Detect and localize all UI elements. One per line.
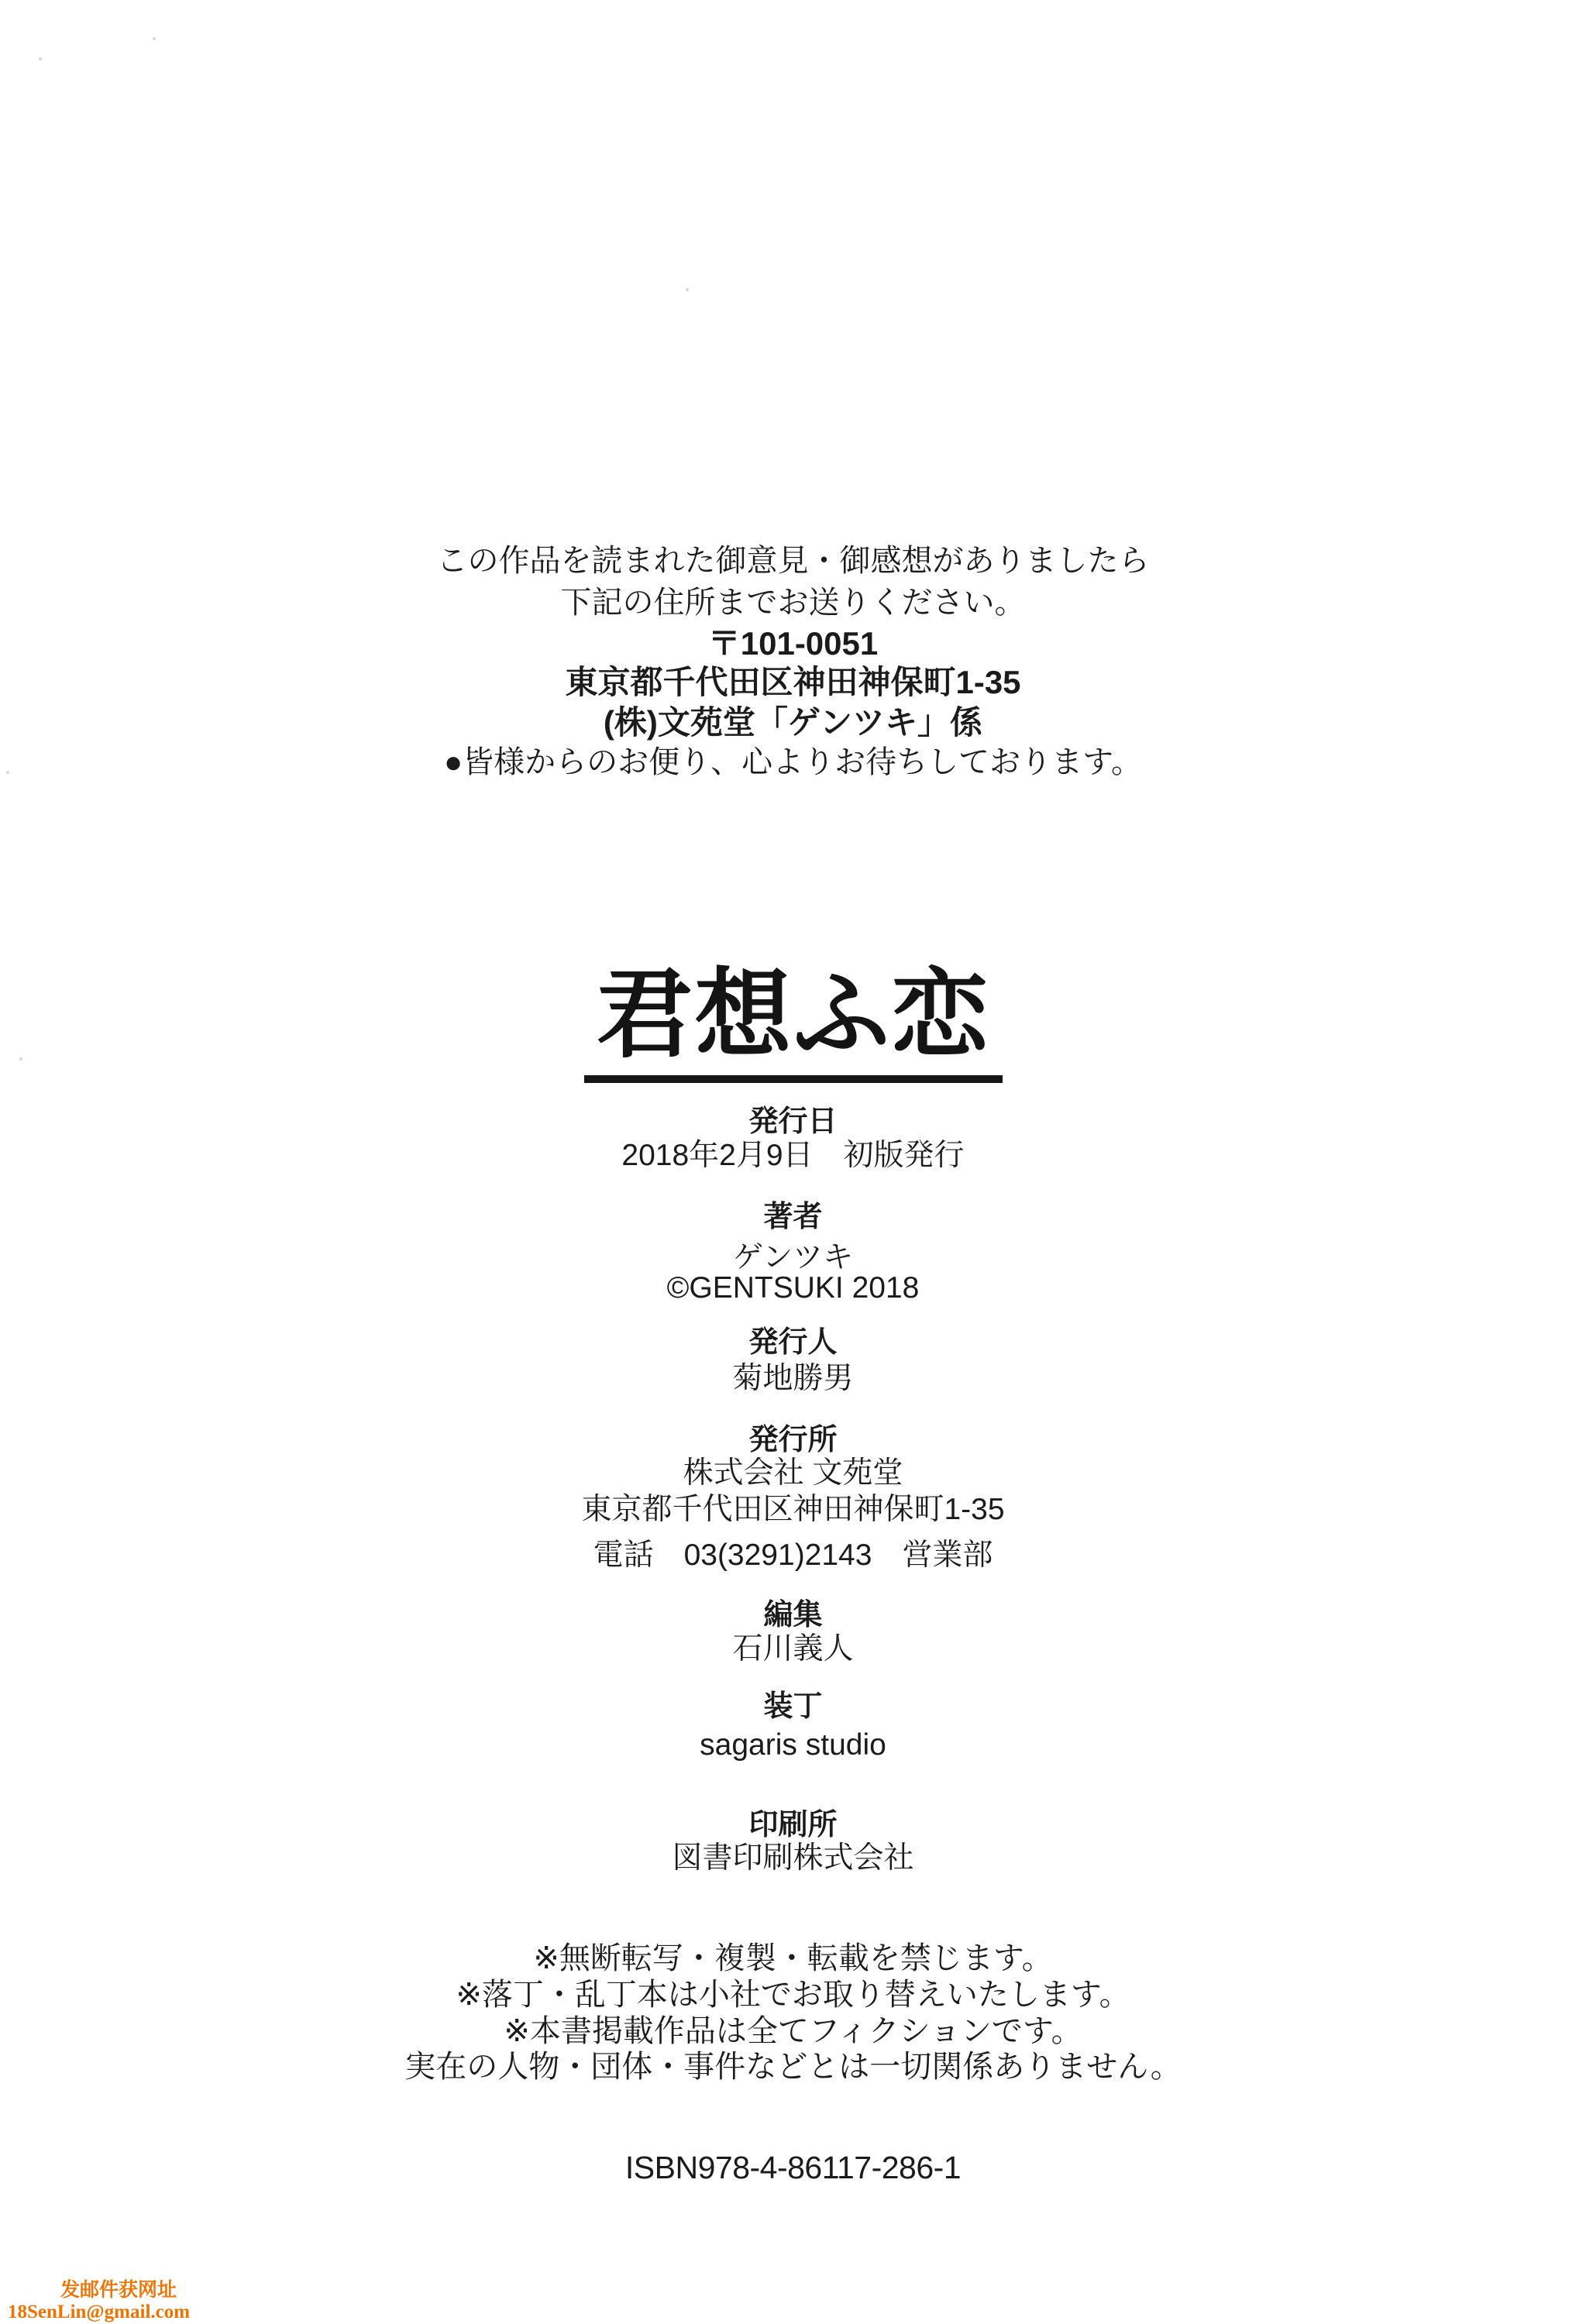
notice-line-4: 実在の人物・団体・事件などとは一切関係ありません。 xyxy=(0,2050,1586,2084)
publish-date-label: 発行日 xyxy=(0,1106,1586,1139)
printer-label: 印刷所 xyxy=(0,1810,1586,1842)
notice-line-1: ※無断転写・複製・転載を禁じます。 xyxy=(0,1941,1586,1975)
postal-code: 〒101-0051 xyxy=(0,626,1586,662)
editor-label: 編集 xyxy=(0,1600,1586,1632)
watermark-text: 发邮件获网址 xyxy=(8,2281,177,2300)
colophon-page: この作品を読まれた御意見・御感想がありましたら 下記の住所までお送りください。 … xyxy=(0,0,1586,2324)
printer-name: 図書印刷株式会社 xyxy=(0,1842,1586,1875)
publisher-phone: 電話 03(3291)2143 営業部 xyxy=(0,1539,1586,1573)
author-name: ゲンツキ xyxy=(0,1242,1586,1275)
scan-speck xyxy=(153,37,156,40)
issuer-name: 菊地勝男 xyxy=(0,1363,1586,1396)
publisher-label: 発行所 xyxy=(0,1425,1586,1457)
isbn: ISBN978-4-86117-286-1 xyxy=(0,2150,1586,2185)
notice-line-2: ※落丁・乱丁本は小社でお取り替えいたします。 xyxy=(0,1978,1586,2012)
author-label: 著者 xyxy=(0,1202,1586,1234)
feedback-line-2: 下記の住所までお送りください。 xyxy=(0,586,1586,620)
feedback-closing: ●皆様からのお便り、心よりお待ちしております。 xyxy=(0,745,1586,779)
feedback-line-1: この作品を読まれた御意見・御感想がありましたら xyxy=(0,544,1586,578)
copyright: ©GENTSUKI 2018 xyxy=(0,1272,1586,1305)
design-name: sagaris studio xyxy=(0,1729,1586,1762)
book-title: 君想ふ恋 xyxy=(0,968,1586,1065)
issuer-label: 発行人 xyxy=(0,1327,1586,1360)
publish-date: 2018年2月9日 初版発行 xyxy=(0,1140,1586,1173)
editor-name: 石川義人 xyxy=(0,1633,1586,1666)
mailing-recipient: (株)文苑堂「ゲンツキ」係 xyxy=(0,705,1586,741)
design-label: 装丁 xyxy=(0,1691,1586,1724)
publisher-name: 株式会社 文苑堂 xyxy=(0,1457,1586,1490)
scan-speck xyxy=(686,288,689,291)
mailing-address: 東京都千代田区神田神保町1-35 xyxy=(0,665,1586,700)
publisher-address: 東京都千代田区神田神保町1-35 xyxy=(0,1494,1586,1527)
title-underline xyxy=(584,1075,1003,1083)
notice-line-3: ※本書掲載作品は全てフィクションです。 xyxy=(0,2014,1586,2048)
scan-speck xyxy=(39,57,42,60)
watermark-email: 18SenLin@gmail.com xyxy=(8,2302,190,2322)
